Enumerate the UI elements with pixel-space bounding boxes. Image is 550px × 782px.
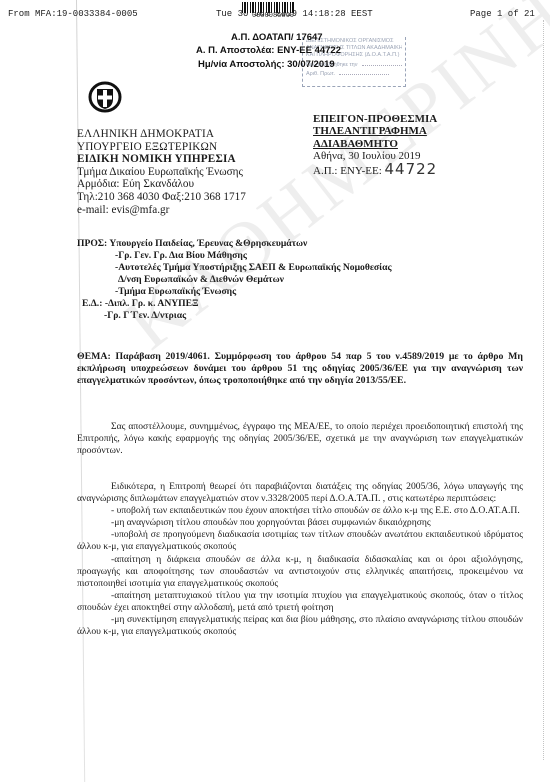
subject: ΘΕΜΑ: Παράβαση 2019/4061. Συμμόρφωση του… <box>77 351 523 388</box>
ap-label: Α.Π.: ΕΝΥ-ΕΕ: <box>313 165 382 177</box>
barcode-number: 0000085860 <box>252 12 294 20</box>
to-sub-recipient: -Αυτοτελές Τμήμα Υποστήριξης ΣΑΕΠ & Ευρω… <box>77 262 392 274</box>
scan-artifact-dots <box>543 20 545 760</box>
fax-from: From MFA:19-0033384-0005 <box>8 9 138 19</box>
cc-label: Ε.Δ.: <box>82 298 102 309</box>
cc-sub-recipient: -Γρ. Γ΄Γεν. Δ/ντριας <box>77 310 392 322</box>
fax-type-label: ΤΗΛΕΑΝΤΙΓΡΑΦΗΜΑ <box>313 125 437 137</box>
body-paragraph: Ειδικότερα, η Επιτροπή θεωρεί ότι παραβι… <box>77 481 523 505</box>
to-sub-recipient: Δ/νση Ευρωπαϊκών & Διεθνών Θεμάτων <box>77 274 392 286</box>
scan-artifact-line <box>76 0 85 782</box>
doatap-ref: Α.Π. ΔΟΑΤΑΠ/ 17647 <box>231 32 323 43</box>
body-paragraph: Σας αποστέλλουμε, συνημμένως, έγγραφο τη… <box>77 421 523 457</box>
sender-ministry: ΥΠΟΥΡΓΕΙΟ ΕΞΩΤΕΡΙΚΩΝ <box>77 141 246 154</box>
fax-page: Page 1 of 21 <box>470 9 535 19</box>
violation-item: - υποβολή των εκπαιδευτικών που έχουν απ… <box>77 505 523 517</box>
violation-item: -μη αναγνώριση τίτλου σπουδών που χορηγο… <box>77 517 523 529</box>
to-sub-recipient: -Τμήμα Ευρωπαϊκής Ένωσης <box>77 286 392 298</box>
send-date: Ημ/νία Αποστολής: 30/07/2019 <box>198 59 335 70</box>
sender-officer: Αρμόδια: Εύη Σκανδάλου <box>77 178 246 191</box>
to-recipient: Υπουργείο Παιδείας, Έρευνας &Θρησκευμάτω… <box>109 238 307 249</box>
violation-item: -απαίτηση η διάρκεια σπουδών σε άλλα κ-μ… <box>77 554 523 590</box>
violation-item: -μη συνεκτίμηση επαγγελματικής πείρας κα… <box>77 614 523 638</box>
sender-ref: Α. Π. Αποστολέα: ΕΝΥ-ΕΕ 44722 <box>196 45 341 56</box>
stamp-number-label: Αριθ. Πρωτ. <box>306 71 335 77</box>
to-label: ΠΡΟΣ: <box>77 238 107 249</box>
to-sub-recipient: -Γρ. Γεν. Γρ. Δια Βίου Μάθησης <box>77 250 392 262</box>
cc-recipient: -Διπλ. Γρ. κ. ΑΝΥΠΕΞ <box>105 298 199 309</box>
violation-item: -απαίτηση μεταπτυχιακού τίτλου για την ι… <box>77 590 523 614</box>
sender-service: ΕΙΔΙΚΗ ΝΟΜΙΚΗ ΥΠΗΡΕΣΙΑ <box>77 153 246 166</box>
sender-republic: ΕΛΛΗΝΙΚΗ ΔΗΜΟΚΡΑΤΙΑ <box>77 128 246 141</box>
greek-coat-of-arms-icon <box>88 80 122 114</box>
fax-datetime: Tue 30 Jul 2019 14:18:28 EEST <box>216 9 373 19</box>
sender-department: Τμήμα Δικαίου Ευρωπαϊκής Ένωσης <box>77 166 246 179</box>
sender-email: e-mail: evis@mfa.gr <box>77 204 246 217</box>
violation-item: -υποβολή σε προηγούμενη διαδικασία ισοτι… <box>77 529 523 553</box>
classification-label: ΑΔΙΑΒΑΘΜΗΤΟ <box>313 138 437 150</box>
ap-handwritten-number: 44722 <box>385 160 438 178</box>
urgency-label: ΕΠΕΙΓΟΝ-ΠΡΟΘΕΣΜΙΑ <box>313 113 437 125</box>
sender-phone-fax: Τηλ:210 368 4030 Φαξ:210 368 1717 <box>77 191 246 204</box>
